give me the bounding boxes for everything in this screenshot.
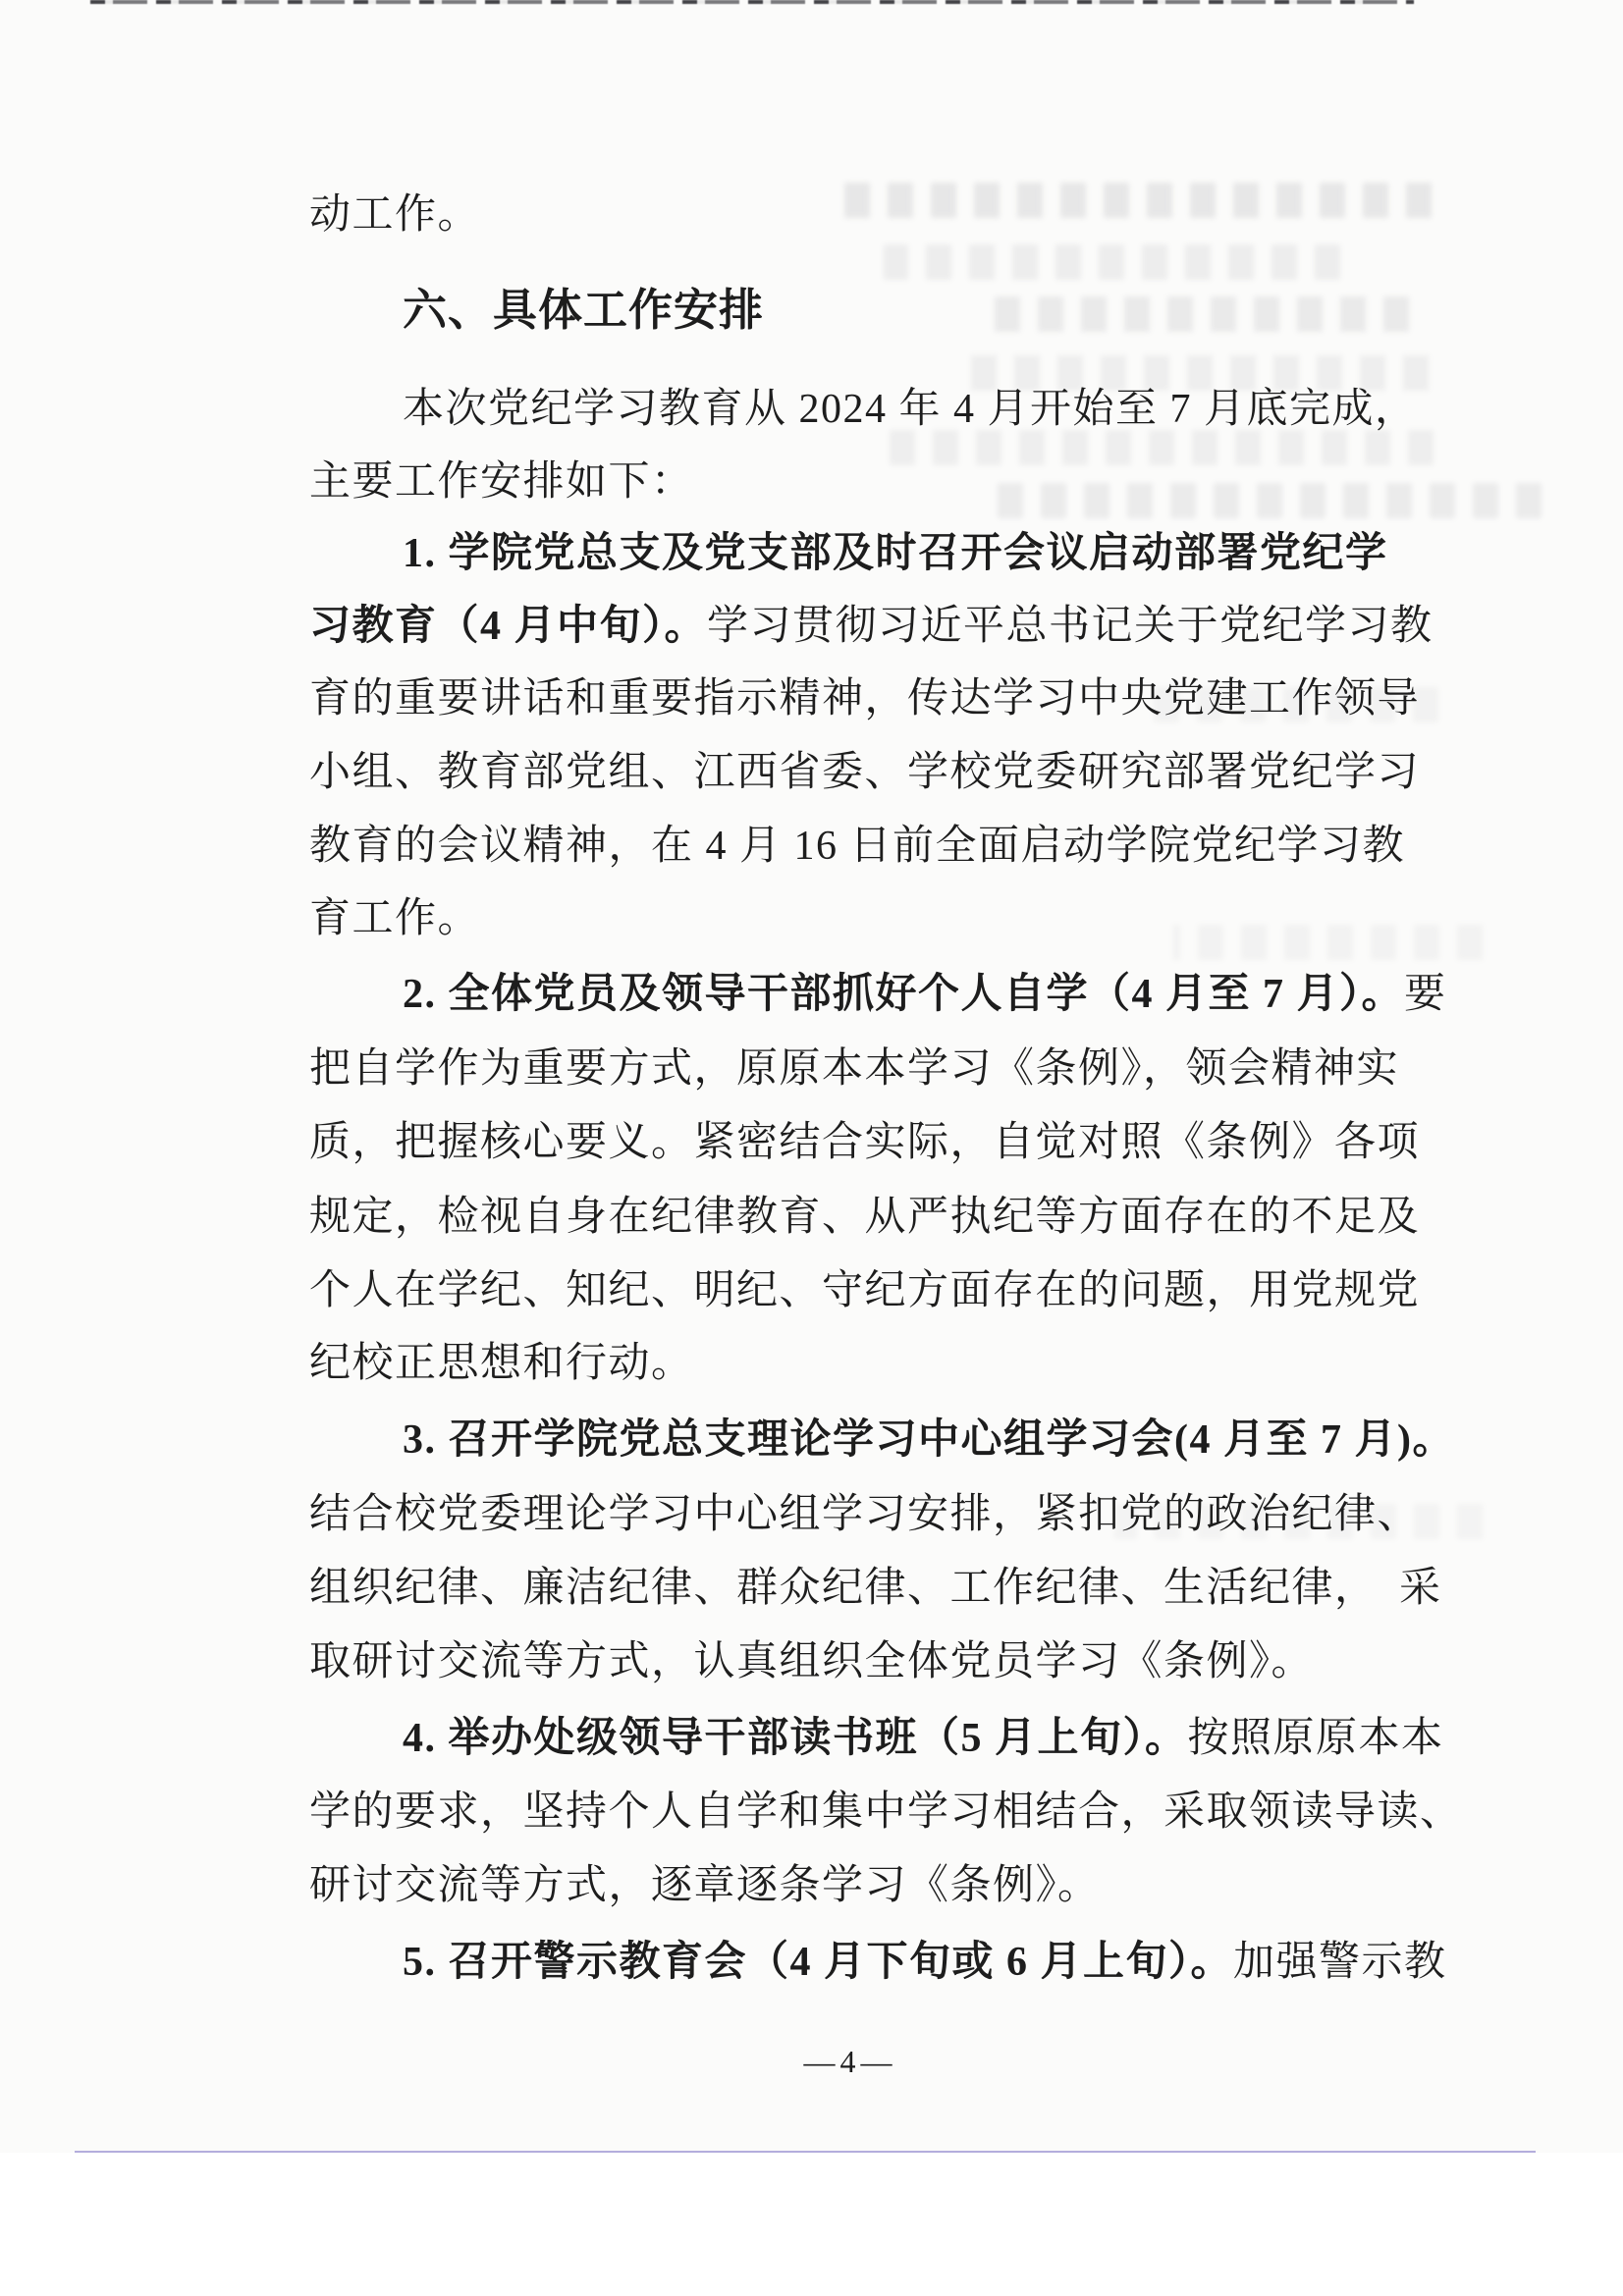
text-segment: 个人在学纪、知纪、明纪、守纪方面存在的问题，用党规党 — [309, 1268, 1420, 1313]
text-line: 1. 学院党总支及党支部及时召开会议启动部署党纪学 — [403, 533, 1388, 574]
scanned-document-page: 动工作。六、具体工作安排本次党纪学习教育从 2024 年 4 月开始至 7 月底… — [0, 0, 1623, 2296]
bleed-through-artifact — [987, 296, 1409, 332]
text-line: 育的重要讲话和重要指示精神，传达学习中央党建工作领导 — [309, 678, 1420, 720]
text-segment: 研讨交流等方式，逐章逐条学习《条例》。 — [309, 1863, 1101, 1908]
text-line: 育工作。 — [309, 898, 480, 939]
text-line: 动工作。 — [309, 194, 480, 236]
text-segment: 学习贯彻习近平总书记关于党纪学习教 — [707, 604, 1434, 649]
text-line: 学的要求，坚持个人自学和集中学习相结合，采取领读导读、 — [309, 1791, 1463, 1833]
text-line: 2. 全体党员及领导干部抓好个人自学（4 月至 7 月）。要 — [403, 974, 1447, 1015]
text-segment: 3. 召开学院党总支理论学习中心组学习会(4 月至 7 月)。 — [403, 1417, 1455, 1463]
bleed-through-artifact — [884, 244, 1340, 280]
text-line: 把自学作为重要方式，原原本本学习《条例》，领会精神实 — [309, 1048, 1399, 1090]
text-line: 结合校党委理论学习中心组学习安排，紧扣党的政治纪律、 — [309, 1494, 1420, 1535]
text-segment: 习教育（4 月中旬）。 — [309, 604, 707, 649]
text-line: 组织纪律、廉洁纪律、群众纪律、工作纪律、生活纪律， 采 — [309, 1568, 1442, 1609]
text-segment: 结合校党委理论学习中心组学习安排，紧扣党的政治纪律、 — [309, 1492, 1420, 1537]
bleed-through-artifact — [997, 483, 1542, 518]
section-heading: 六、具体工作安排 — [403, 288, 764, 332]
text-line: 3. 召开学院党总支理论学习中心组学习会(4 月至 7 月)。 — [403, 1419, 1455, 1461]
text-segment: 1. 学院党总支及党支部及时召开会议启动部署党纪学 — [403, 531, 1388, 576]
scan-margin-area — [0, 2153, 1623, 2296]
text-line: 取研讨交流等方式，认真组织全体党员学习《条例》。 — [309, 1641, 1314, 1682]
text-segment: 小组、教育部党组、江西省委、学校党委研究部署党纪学习 — [309, 750, 1420, 795]
text-line: 研讨交流等方式，逐章逐条学习《条例》。 — [309, 1865, 1101, 1906]
text-line: 个人在学纪、知纪、明纪、守纪方面存在的问题，用党规党 — [309, 1270, 1420, 1311]
text-segment: 主要工作安排如下： — [309, 459, 694, 505]
text-line: 主要工作安排如下： — [309, 461, 694, 503]
text-segment: 组织纪律、廉洁纪律、群众纪律、工作纪律、生活纪律， 采 — [309, 1566, 1442, 1611]
text-line: 本次党纪学习教育从 2024 年 4 月开始至 7 月底完成， — [403, 389, 1418, 430]
page-number: —4— — [804, 2044, 897, 2080]
text-line: 纪校正思想和行动。 — [309, 1343, 694, 1384]
text-segment: 纪校正思想和行动。 — [309, 1341, 694, 1386]
bleed-through-artifact — [967, 355, 1429, 391]
text-segment: 加强警示教 — [1233, 1940, 1447, 1985]
text-segment: 动工作。 — [309, 192, 480, 238]
text-segment: 本次党纪学习教育从 2024 年 4 月开始至 7 月底完成， — [403, 387, 1418, 432]
text-segment: 育工作。 — [309, 896, 480, 941]
scan-top-edge-artifact — [90, 0, 1414, 4]
text-segment: 学的要求，坚持个人自学和集中学习相结合，采取领读导读、 — [309, 1789, 1463, 1835]
text-segment: 质，把握核心要义。紧密结合实际，自觉对照《条例》各项 — [309, 1120, 1420, 1165]
text-segment: 按照原原本本 — [1188, 1716, 1444, 1761]
text-segment: 六、具体工作安排 — [403, 285, 764, 335]
text-line: 教育的会议精神，在 4 月 16 日前全面启动学院党纪学习教 — [309, 826, 1405, 867]
text-line: 质，把握核心要义。紧密结合实际，自觉对照《条例》各项 — [309, 1122, 1420, 1163]
text-line: 习教育（4 月中旬）。学习贯彻习近平总书记关于党纪学习教 — [309, 606, 1434, 647]
text-segment: 取研讨交流等方式，认真组织全体党员学习《条例》。 — [309, 1639, 1314, 1684]
text-line: 小组、教育部党组、江西省委、学校党委研究部署党纪学习 — [309, 752, 1420, 793]
bleed-through-artifact — [1173, 925, 1483, 960]
text-segment: 规定，检视自身在纪律教育、从严执纪等方面存在的不足及 — [309, 1195, 1420, 1240]
text-line: 5. 召开警示教育会（4 月下旬或 6 月上旬）。加强警示教 — [403, 1942, 1447, 1983]
text-segment: 教育的会议精神，在 4 月 16 日前全面启动学院党纪学习教 — [309, 824, 1405, 869]
text-segment: 把自学作为重要方式，原原本本学习《条例》，领会精神实 — [309, 1046, 1399, 1092]
text-segment: 育的重要讲话和重要指示精神，传达学习中央党建工作领导 — [309, 676, 1420, 721]
bleed-through-artifact — [889, 430, 1434, 465]
text-segment: 4. 举办处级领导干部读书班（5 月上旬）。 — [403, 1716, 1188, 1761]
text-segment: 5. 召开警示教育会（4 月下旬或 6 月上旬）。 — [403, 1940, 1233, 1985]
text-segment: 要 — [1404, 972, 1447, 1017]
text-line: 规定，检视自身在纪律教育、从严执纪等方面存在的不足及 — [309, 1197, 1420, 1238]
bleed-through-artifact — [842, 183, 1432, 218]
text-line: 4. 举办处级领导干部读书班（5 月上旬）。按照原原本本 — [403, 1718, 1444, 1759]
text-segment: 2. 全体党员及领导干部抓好个人自学（4 月至 7 月）。 — [403, 972, 1404, 1017]
